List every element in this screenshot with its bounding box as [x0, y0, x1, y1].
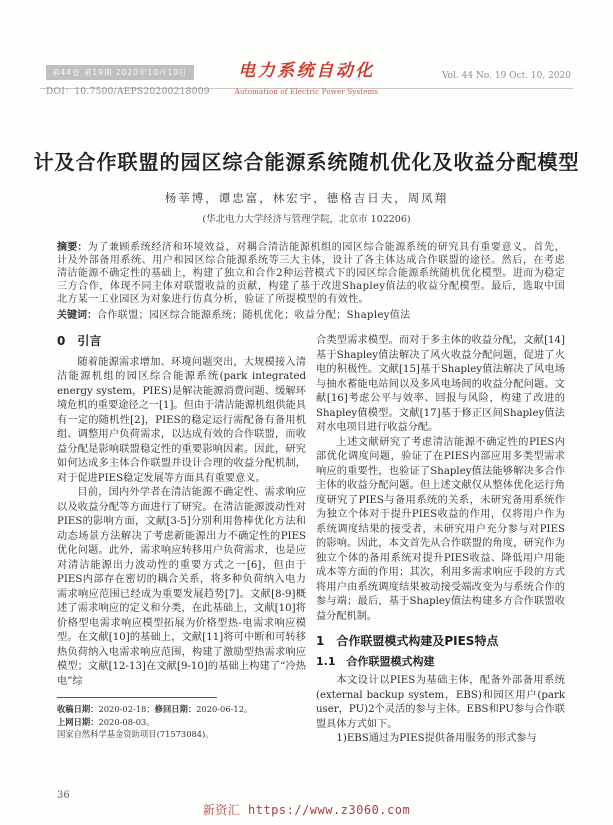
body-columns: 0 引言 随着能源需求增加、环境问题突出，大规模接入清洁能源机组的园区综合能源系…	[57, 334, 565, 747]
intro-paragraph-2: 目前，国内外学者在清洁能源不确定性、需求响应以及收益分配等方面进行了研究。在清洁…	[57, 486, 306, 689]
paper-page: 第44卷 第19期 2020年10月10日 DOI：10.7500/AEPS20…	[0, 0, 613, 825]
keywords-label: 关键词：	[57, 310, 97, 321]
intro-paragraph-1: 随着能源需求增加、环境问题突出，大规模接入清洁能源机组的园区综合能源系统(par…	[57, 356, 306, 487]
doi-text: DOI：10.7500/AEPS20200218009	[46, 84, 210, 97]
review-paragraph: 上述文献研究了考虑清洁能源不确定性的PIES内部优化调度问题，验证了在PIES内…	[316, 436, 565, 625]
keywords-text: 合作联盟；园区综合能源系统；随机优化；收益分配；Shapley值法	[97, 310, 411, 321]
authors-line: 杨莘博，谭忠富，林宏宇，德格吉日夫，周凤翔	[0, 190, 613, 206]
left-column: 0 引言 随着能源需求增加、环境问题突出，大规模接入清洁能源机组的园区综合能源系…	[57, 334, 306, 747]
header-left: 第44卷 第19期 2020年10月10日 DOI：10.7500/AEPS20…	[46, 60, 210, 97]
revised-date-value: 2020-06-12。	[196, 704, 252, 714]
watermark-text: 新资汇 https://www.z3060.com	[0, 801, 613, 818]
section1-paragraph-2: 1)EBS通过为PIES提供备用服务的形式参与	[316, 732, 565, 747]
journal-logo-block: 电力系统自动化 Automation of Electric Power Sys…	[197, 57, 417, 96]
footnote-separator	[57, 697, 217, 698]
received-date-value: 2020-02-18；	[99, 704, 155, 714]
footnote-line-funding: 国家自然科学基金资助项目(71573084)。	[57, 728, 306, 741]
journal-logo: 电力系统自动化	[197, 57, 417, 86]
footnote-line-dates: 收稿日期：2020-02-18；修回日期：2020-06-12。	[57, 703, 306, 716]
abstract-text: 为了兼顾系统经济和环境效益，对耦合清洁能源机组的园区综合能源系统的研究具有重要意…	[57, 242, 565, 305]
right-column: 合类型需求模型。而对于多主体的收益分配，文献[14]基于Shapley值法解决了…	[316, 334, 565, 747]
affiliation-line: (华北电力大学经济与管理学院，北京市 102206)	[0, 211, 613, 225]
footnote-block: 收稿日期：2020-02-18；修回日期：2020-06-12。 上网日期：20…	[57, 703, 306, 741]
online-date-label: 上网日期：	[57, 717, 99, 727]
section1-paragraph-1: 本文设计以PIES为基础主体，配备外部备用系统(external backup …	[316, 674, 565, 732]
continued-paragraph: 合类型需求模型。而对于多主体的收益分配，文献[14]基于Shapley值法解决了…	[316, 334, 565, 436]
issue-box: 第44卷 第19期 2020年10月10日	[46, 65, 194, 80]
volume-info: Vol. 44 No. 19 Oct. 10, 2020	[442, 71, 571, 81]
online-date-value: 2020-08-03。	[99, 717, 155, 727]
paper-title: 计及合作联盟的园区综合能源系统随机优化及收益分配模型	[28, 146, 585, 175]
footnote-line-online: 上网日期：2020-08-03。	[57, 716, 306, 729]
abstract-label: 摘要：	[57, 242, 88, 253]
journal-header: 第44卷 第19期 2020年10月10日 DOI：10.7500/AEPS20…	[40, 57, 573, 107]
abstract-block: 摘要：为了兼顾系统经济和环境效益，对耦合清洁能源机组的园区综合能源系统的研究具有…	[57, 241, 565, 306]
subsection-heading-1-1: 1.1 合作联盟模式构建	[316, 655, 565, 670]
journal-subtitle: Automation of Electric Power Systems	[197, 88, 417, 96]
section-heading-intro: 0 引言	[57, 334, 306, 349]
keywords-block: 关键词：合作联盟；园区综合能源系统；随机优化；收益分配；Shapley值法	[57, 309, 565, 322]
page-number: 36	[57, 790, 70, 801]
received-date-label: 收稿日期：	[57, 704, 99, 714]
section-heading-1: 1 合作联盟模式构建及PIES特点	[316, 634, 565, 649]
revised-date-label: 修回日期：	[155, 704, 197, 714]
